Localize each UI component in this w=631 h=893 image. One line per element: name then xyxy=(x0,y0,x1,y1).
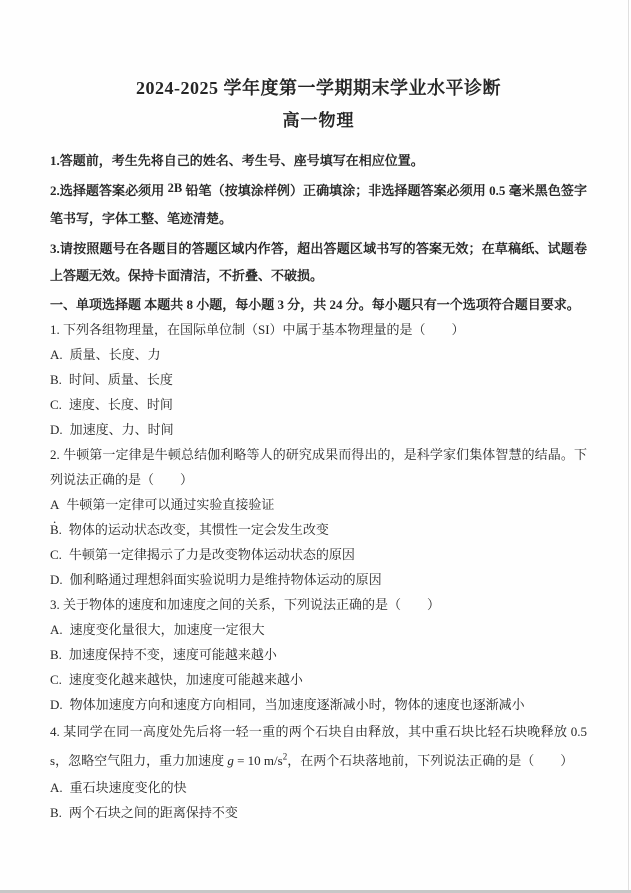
option-text: 加速度保持不变，速度可能越来越小 xyxy=(69,647,277,662)
notice-2: 2.选择题答案必须用 2B 铅笔（按填涂样例）正确填涂；非选择题答案必须用 0.… xyxy=(50,177,587,232)
question-3: 3. 关于物体的速度和加速度之间的关系，下列说法正确的是（ ） A.速度变化量很… xyxy=(50,592,587,717)
option-text: 牛顿第一定律可以通过实验直接验证 xyxy=(66,497,274,512)
option-label: C. xyxy=(50,392,62,417)
option-text: 速度、长度、时间 xyxy=(69,397,173,412)
option-text: 速度变化越来越快，加速度可能越来越小 xyxy=(69,672,303,687)
question-3-option-b: B.加速度保持不变，速度可能越来越小 xyxy=(50,642,587,667)
question-1: 1. 下列各组物理量，在国际单位制（SI）中属于基本物理量的是（ ） A.质量、… xyxy=(50,317,587,442)
question-4-option-b: B.两个石块之间的距离保持不变 xyxy=(50,800,587,825)
option-text: 质量、长度、力 xyxy=(70,347,161,362)
option-text: 物体加速度方向和速度方向相同，当加速度逐渐减小时，物体的速度也逐渐减小 xyxy=(70,697,525,712)
question-3-option-a: A.速度变化量很大，加速度一定很大 xyxy=(50,617,587,642)
option-label: C. xyxy=(50,542,62,567)
option-label: A. xyxy=(50,775,63,800)
option-label: D. xyxy=(50,692,63,717)
exam-page-background: { "document": { "title": "2024-2025 学年度第… xyxy=(0,0,631,893)
section-1-header: 一、单项选择题 本题共 8 小题，每小题 3 分，共 24 分。每小题只有一个选… xyxy=(50,292,587,317)
option-text: 重石块速度变化的快 xyxy=(70,780,187,795)
notice-3: 3.请按照题号在各题目的答题区域内作答，超出答题区域书写的答案无效；在草稿纸、试… xyxy=(50,235,587,289)
option-text: 加速度、力、时间 xyxy=(70,422,174,437)
option-text: 速度变化量很大，加速度一定很大 xyxy=(70,622,265,637)
question-2-option-b: B.物体的运动状态改变，其惯性一定会发生改变 xyxy=(50,517,587,542)
question-3-option-c: C.速度变化越来越快，加速度可能越来越小 xyxy=(50,667,587,692)
question-4-option-a: A.重石块速度变化的快 xyxy=(50,775,587,800)
question-2-stem: 2. 牛顿第一定律是牛顿总结伽利略等人的研究成果而得出的，是科学家们集体智慧的结… xyxy=(50,442,587,492)
option-label: B. xyxy=(50,642,62,667)
option-label: C. xyxy=(50,667,62,692)
gravity-value: = 10 m/s xyxy=(234,753,283,768)
question-2-option-a: A.牛顿第一定律可以通过实验直接验证 xyxy=(50,492,587,517)
question-1-stem: 1. 下列各组物理量，在国际单位制（SI）中属于基本物理量的是（ ） xyxy=(50,317,587,342)
stem-text: 4. 某同学在同一高度处先后将一轻一重的两个石块自由释放，其中重石块比轻石块晚释… xyxy=(50,724,571,739)
option-text: 两个石块之间的距离保持不变 xyxy=(69,805,238,820)
option-text: 伽利略通过理想斜面实验说明力是维持物体运动的原因 xyxy=(70,572,382,587)
question-2-option-c: C.牛顿第一定律揭示了力是改变物体运动状态的原因 xyxy=(50,542,587,567)
question-1-option-a: A.质量、长度、力 xyxy=(50,342,587,367)
document-subtitle: 高一物理 xyxy=(50,109,587,133)
question-3-stem: 3. 关于物体的速度和加速度之间的关系，下列说法正确的是（ ） xyxy=(50,592,587,617)
option-label: B. xyxy=(50,800,62,825)
stem-text: ，忽略空气阻力，重力加速度 xyxy=(55,753,227,768)
question-4: 4. 某同学在同一高度处先后将一轻一重的两个石块自由释放，其中重石块比轻石块晚释… xyxy=(50,717,587,825)
notice-2-text-pre: 2.选择题答案必须用 xyxy=(50,183,168,198)
question-1-option-d: D.加速度、力、时间 xyxy=(50,417,587,442)
option-text: 牛顿第一定律揭示了力是改变物体运动状态的原因 xyxy=(69,547,355,562)
option-label: D. xyxy=(50,417,63,442)
dropped-period-artifact: . xyxy=(53,506,56,531)
option-label: A. xyxy=(50,492,59,517)
question-3-option-d: D.物体加速度方向和速度方向相同，当加速度逐渐减小时，物体的速度也逐渐减小 xyxy=(50,692,587,717)
page-edge-right xyxy=(628,0,629,893)
stem-text: ，在两个石块落地前，下列说法正确的是（ ） xyxy=(287,753,573,768)
option-text: 时间、质量、长度 xyxy=(69,372,173,387)
option-text: 物体的运动状态改变，其惯性一定会发生改变 xyxy=(69,522,329,537)
option-label: A. xyxy=(50,617,63,642)
option-label: A. xyxy=(50,342,63,367)
question-2: 2. 牛顿第一定律是牛顿总结伽利略等人的研究成果而得出的，是科学家们集体智慧的结… xyxy=(50,442,587,592)
option-label: B. xyxy=(50,367,62,392)
notice-2-pencil-grade: 2B xyxy=(168,181,183,195)
question-1-option-c: C.速度、长度、时间 xyxy=(50,392,587,417)
question-4-stem: 4. 某同学在同一高度处先后将一轻一重的两个石块自由释放，其中重石块比轻石块晚释… xyxy=(50,717,587,775)
document-title: 2024-2025 学年度第一学期期末学业水平诊断 xyxy=(50,76,587,101)
notice-1: 1.答题前，考生先将自己的姓名、考生号、座号填写在相应位置。 xyxy=(50,147,587,174)
exam-document: 2024-2025 学年度第一学期期末学业水平诊断 高一物理 1.答题前，考生先… xyxy=(0,0,631,893)
question-2-option-d: D.伽利略通过理想斜面实验说明力是维持物体运动的原因 xyxy=(50,567,587,592)
question-1-option-b: B.时间、质量、长度 xyxy=(50,367,587,392)
option-label: D. xyxy=(50,567,63,592)
